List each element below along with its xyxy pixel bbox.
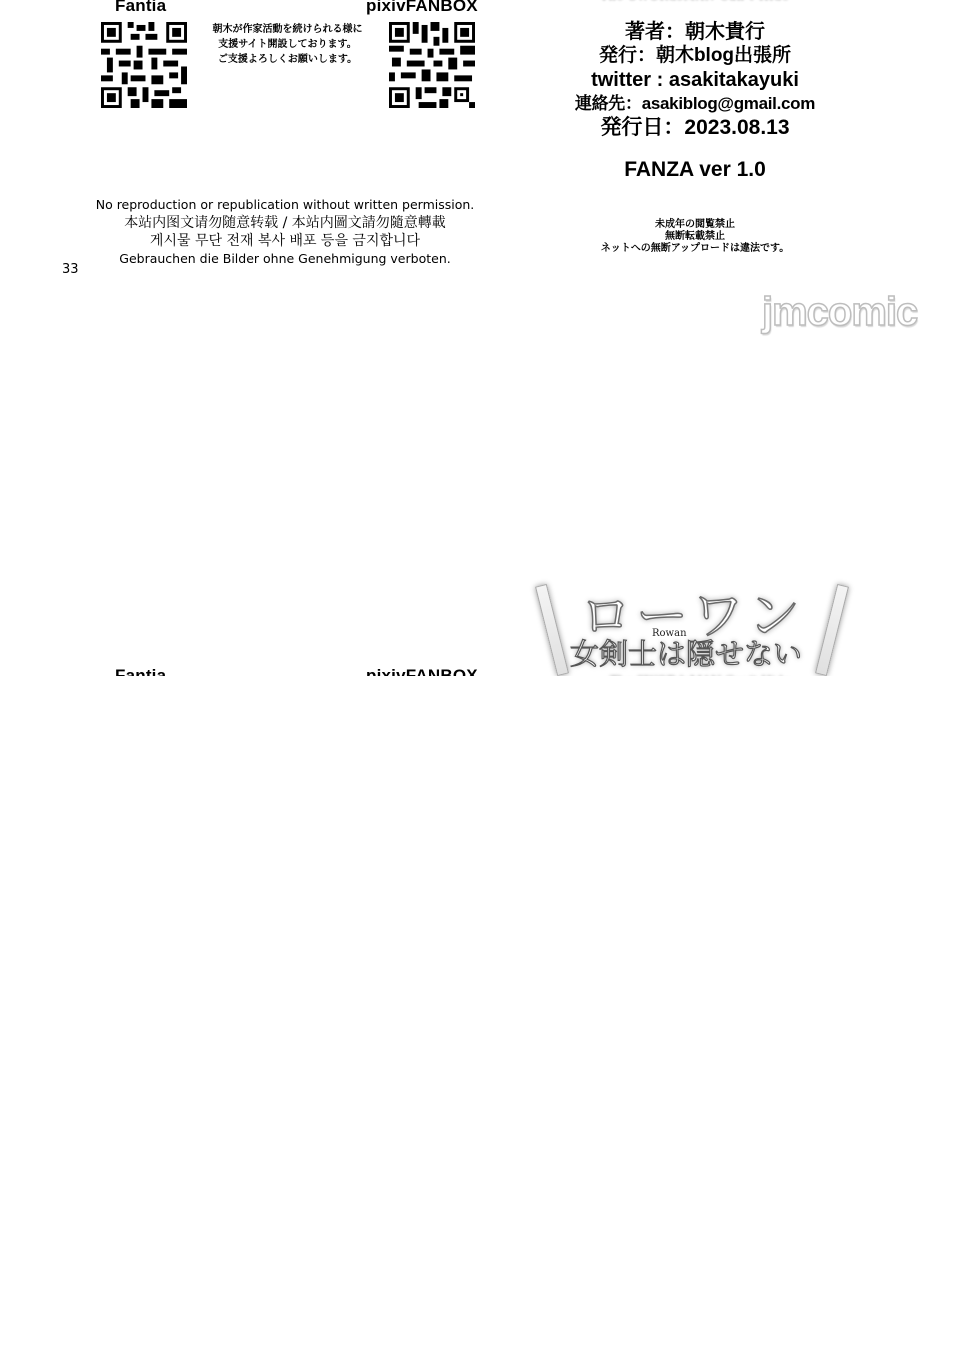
fanbox-label-bottom: pixivFANBOX [366,666,478,676]
support-line-2: 支援サイト開設しております。 [200,37,375,52]
logo-subtitle: 女剣士は隠せない [570,632,802,673]
fantia-label-bottom: Fantia [115,666,166,676]
support-line-1: 朝木が作家活動を続けられる様に [200,22,375,37]
fanbox-label: pixivFANBOX [366,0,478,16]
comic-page-bottom: ローワン Rowan 女剣士は隠せない The SWORdsMAN Can't … [0,570,960,676]
fanbox-qr-code-icon [389,22,475,108]
colophon: 著者：朝木貴行 発行：朝木blog出張所 twitter : asakitaka… [560,20,830,141]
title-banner-fragment: The SWORdsMAN Can't Hide [565,0,825,6]
twitter-line: twitter : asakitakayuki [560,68,830,92]
jmcomic-watermark-logo: jmcomic [762,290,917,335]
publish-date-line: 発行日：2023.08.13 [560,115,830,141]
multilingual-copyright-notice: No reproduction or republication without… [60,196,510,268]
legal-jp-line-3: ネットへの無断アップロードは違法です。 [560,243,830,255]
japanese-legal-notice: 未成年の閲覧禁止 無断転載禁止 ネットへの無断アップロードは違法です。 [560,219,830,255]
sword-icon-left [535,584,569,676]
legal-jp-line-2: 無断転載禁止 [560,231,830,243]
logo-english: The SWORdsMAN Can't Hide [610,674,790,676]
support-message: 朝木が作家活動を続けられる様に 支援サイト開設しております。 ご支援よろしくお願… [200,22,375,67]
notice-english: No reproduction or republication without… [60,196,510,214]
fantia-label: Fantia [115,0,166,16]
comic-page-top: The SWORdsMAN Can't Hide Fantia 朝木が作家活動を… [0,0,960,290]
sword-icon-right [815,584,849,676]
support-line-3: ご支援よろしくお願いします。 [200,52,375,67]
fantia-qr-code-icon [101,22,187,108]
legal-jp-line-1: 未成年の閲覧禁止 [560,219,830,231]
notice-german: Gebrauchen die Bilder ohne Genehmigung v… [60,250,510,268]
version-label: FANZA ver 1.0 [560,158,830,182]
author-line: 著者：朝木貴行 [560,20,830,44]
page-number: 33 [62,262,79,277]
publisher-line: 発行：朝木blog出張所 [560,44,830,68]
notice-chinese: 本站内图文请勿随意转载 / 本站内圖文請勿隨意轉載 [60,214,510,232]
title-logo: ローワン Rowan 女剣士は隠せない The SWORdsMAN Can't … [530,580,850,676]
notice-korean: 게시물 무단 전재 복사 배포 등을 금지합니다 [60,232,510,250]
contact-line: 連絡先：asakiblog@gmail.com [560,92,830,115]
